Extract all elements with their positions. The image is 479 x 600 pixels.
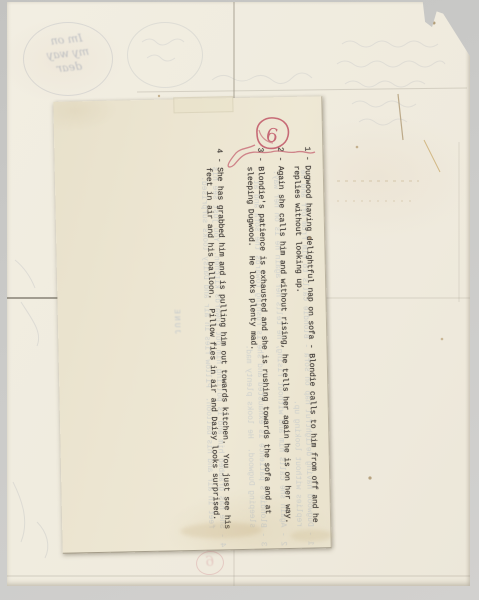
showthrough-balloon-2 [127,22,203,88]
large-sheet: Im on my way dear 1 - Dugwood having del… [7,2,470,586]
gag-item-3: 3 - Blondie's patience is exhausted and … [243,147,273,542]
showthrough-balloon-text: Im on my way dear [22,29,114,80]
photo-backdrop: Im on my way dear 1 - Dugwood having del… [0,0,479,600]
mirrored-six-digit: 6 [204,553,215,570]
brown-streak [398,94,403,140]
gag-item-1: 1 - Dugwood having delightful nap on sof… [290,146,320,541]
faint-date-stamp: JUNE [147,322,181,335]
gag-item-4: 4 - She has grabbed him and is pulling h… [202,148,232,543]
typed-text-block: 1 - Dugwood having delightful nap on sof… [53,96,330,547]
typed-note-paper: 1 - Dugwood having delightful nap on sof… [53,96,331,554]
paper-stain-dot [308,236,311,239]
showthrough-balloon: Im on my way dear [23,22,113,96]
sketch-showthrough [13,260,48,558]
